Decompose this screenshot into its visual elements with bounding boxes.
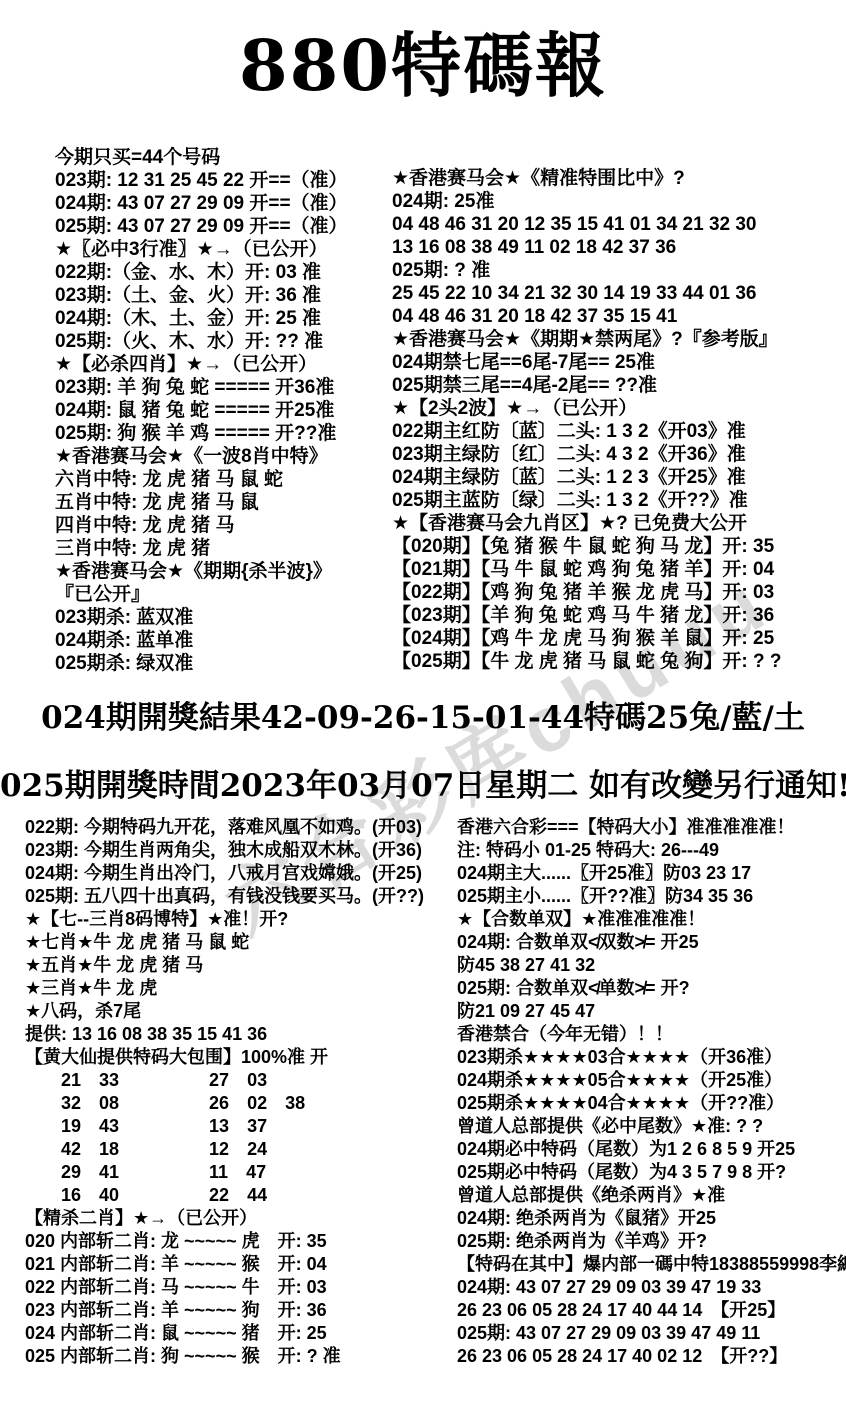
text-line: 【021期】【马 牛 鼠 蛇 鸡 狗 兔 猪 羊】开: 04 <box>392 558 846 581</box>
text-line: 024期必中特码（尾数）为1 2 6 8 5 9 开25 <box>457 1138 846 1161</box>
text-line: ★五肖★牛 龙 虎 猪 马 <box>25 954 457 977</box>
text-line: 025期必中特码（尾数）为4 3 5 7 9 8 开? <box>457 1161 846 1184</box>
text-line: 26 23 06 05 28 24 17 40 02 12 【开??】 <box>457 1345 846 1368</box>
text-line: 025期: 狗 猴 羊 鸡 ===== 开??准 <box>55 422 392 445</box>
text-line: 025期: 五八四十出真码，有钱没钱要买马。(开??) <box>25 885 457 908</box>
text-line: ★香港赛马会★《期期★禁两尾》?『参考版』 <box>392 328 846 351</box>
draw-result-banner: 024期開獎結果42-09-26-15-01-44特碼25兔/藍/土 <box>0 692 846 737</box>
top-left-column: 今期只买=44个号码023期: 12 31 25 45 22 开==（准）024… <box>55 146 392 675</box>
text-line: 42 18 12 24 <box>25 1138 457 1161</box>
text-line: 六肖中特: 龙 虎 猪 马 鼠 蛇 <box>55 468 392 491</box>
text-line: 注: 特码小 01-25 特码大: 26---49 <box>457 839 846 862</box>
text-line: 021 内部斩二肖: 羊 ~~~~~ 猴 开: 04 <box>25 1253 457 1276</box>
text-line: 024期:（木、土、金）开: 25 准 <box>55 307 392 330</box>
text-line: 香港六合彩===【特码大小】准准准准准！ <box>457 816 846 839</box>
text-line: 提供: 13 16 08 38 35 15 41 36 <box>25 1023 457 1046</box>
text-line: 025期主小......〖开??准〗防34 35 36 <box>457 885 846 908</box>
top-right-column: ★香港赛马会★《精准特围比中》?024期: 25准04 48 46 31 20 … <box>392 167 846 673</box>
text-line: 023期: 羊 狗 兔 蛇 ===== 开36准 <box>55 376 392 399</box>
text-line: 025期: ? 准 <box>392 259 846 282</box>
text-line: ★香港赛马会★《一波8肖中特》 <box>55 445 392 468</box>
text-line: 【024期】【鸡 牛 龙 虎 马 狗 猴 羊 鼠】开: 25 <box>392 627 846 650</box>
text-line: ★〖必中3行准〗★→（已公开） <box>55 238 392 261</box>
text-line: ★三肖★牛 龙 虎 <box>25 977 457 1000</box>
bottom-left-column: 022期: 今期特码九开花，落难风凰不如鸡。(开03)023期: 今期生肖两角尖… <box>25 816 457 1368</box>
text-line: 四肖中特: 龙 虎 猪 马 <box>55 514 392 537</box>
text-line: 13 16 08 38 49 11 02 18 42 37 36 <box>392 236 846 259</box>
text-line: 024 内部斩二肖: 鼠 ~~~~~ 猪 开: 25 <box>25 1322 457 1345</box>
text-line: 024期: 合数单双≮双数≯= 开25 <box>457 931 846 954</box>
text-line: 025期主蓝防〔绿〕二头: 1 3 2《开??》准 <box>392 489 846 512</box>
text-line: ★【七--三肖8码博特】★准！开? <box>25 908 457 931</box>
text-line: 【022期】【鸡 狗 兔 猪 羊 猴 龙 虎 马】开: 03 <box>392 581 846 604</box>
text-line: 香港禁合（今年无错）！！ <box>457 1023 846 1046</box>
text-line: 25 45 22 10 34 21 32 30 14 19 33 44 01 3… <box>392 282 846 305</box>
text-line: ★香港赛马会★《精准特围比中》? <box>392 167 846 190</box>
text-line: 025期杀★★★★04合★★★★（开??准） <box>457 1092 846 1115</box>
text-line: 024期杀★★★★05合★★★★（开25准） <box>457 1069 846 1092</box>
text-line: 023期杀★★★★03合★★★★（开36准） <box>457 1046 846 1069</box>
text-line: 29 41 11 47 <box>25 1161 457 1184</box>
text-line: 21 33 27 03 <box>25 1069 457 1092</box>
text-line: 022 内部斩二肖: 马 ~~~~~ 牛 开: 03 <box>25 1276 457 1299</box>
page-title: 880特碼報 <box>0 10 846 111</box>
text-line: ★【必杀四肖】★→（已公开） <box>55 353 392 376</box>
text-line: 024期: 43 07 27 29 09 开==（准） <box>55 192 392 215</box>
text-line: 020 内部斩二肖: 龙 ~~~~~ 虎 开: 35 <box>25 1230 457 1253</box>
text-line: 五肖中特: 龙 虎 猪 马 鼠 <box>55 491 392 514</box>
newspaper-page: 六合彩库chuuu 880特碼報 今期只买=44个号码023期: 12 31 2… <box>0 0 846 1410</box>
text-line: 025期禁三尾==4尾-2尾== ??准 <box>392 374 846 397</box>
text-line: 024期杀: 蓝单准 <box>55 629 392 652</box>
text-line: 【特码在其中】爆内部一碼中特18388559998李總 <box>457 1253 846 1276</box>
text-line: 025期:（火、木、水）开: ?? 准 <box>55 330 392 353</box>
text-line: 023期主绿防〔红〕二头: 4 3 2《开36》准 <box>392 443 846 466</box>
text-line: 32 08 26 02 38 <box>25 1092 457 1115</box>
text-line: 022期:（金、水、木）开: 03 准 <box>55 261 392 284</box>
text-line: 025期: 绝杀两肖为《羊鸡》开? <box>457 1230 846 1253</box>
top-section: 今期只买=44个号码023期: 12 31 25 45 22 开==（准）024… <box>55 146 846 675</box>
text-line: 三肖中特: 龙 虎 猪 <box>55 537 392 560</box>
text-line: ★八码，杀7尾 <box>25 1000 457 1023</box>
text-line: 024期: 今期生肖出冷门，八戒月宫戏嫦娥。(开25) <box>25 862 457 885</box>
text-line: 26 23 06 05 28 24 17 40 44 14 【开25】 <box>457 1299 846 1322</box>
bottom-right-column: 香港六合彩===【特码大小】准准准准准！注: 特码小 01-25 特码大: 26… <box>457 816 846 1368</box>
text-line: 023期:（土、金、火）开: 36 准 <box>55 284 392 307</box>
text-line: 防45 38 27 41 32 <box>457 954 846 977</box>
text-line: 曾道人总部提供《必中尾数》★准: ? ? <box>457 1115 846 1138</box>
text-line: 024期主大......〖开25准〗防03 23 17 <box>457 862 846 885</box>
text-line: ★【2头2波】★→（已公开） <box>392 397 846 420</box>
text-line: 【黄大仙提供特码大包围】100%准 开 <box>25 1046 457 1069</box>
text-line: 024期主绿防〔蓝〕二头: 1 2 3《开25》准 <box>392 466 846 489</box>
text-line: 【020期】【兔 猪 猴 牛 鼠 蛇 狗 马 龙】开: 35 <box>392 535 846 558</box>
text-line: ★香港赛马会★《期期{杀半波}》 <box>55 560 392 583</box>
text-line: ★【香港赛马会九肖区】★? 已免费大公开 <box>392 512 846 535</box>
text-line: 025期杀: 绿双准 <box>55 652 392 675</box>
text-line: 022期主红防〔蓝〕二头: 1 3 2《开03》准 <box>392 420 846 443</box>
text-line: 024期: 鼠 猪 兔 蛇 ===== 开25准 <box>55 399 392 422</box>
text-line: 024期: 25准 <box>392 190 846 213</box>
text-line: ★【合数单双】★准准准准准！ <box>457 908 846 931</box>
text-line: 024期: 43 07 27 29 09 03 39 47 19 33 <box>457 1276 846 1299</box>
next-draw-time-banner: 025期開獎時間2023年03月07日星期二 如有改變另行通知! <box>0 760 846 805</box>
text-line: 『已公开』 <box>55 583 392 606</box>
text-line: 024期: 绝杀两肖为《鼠猪》开25 <box>457 1207 846 1230</box>
text-line: 曾道人总部提供《绝杀两肖》★准 <box>457 1184 846 1207</box>
text-line: 19 43 13 37 <box>25 1115 457 1138</box>
text-line: 022期: 今期特码九开花，落难风凰不如鸡。(开03) <box>25 816 457 839</box>
text-line: 023期: 12 31 25 45 22 开==（准） <box>55 169 392 192</box>
text-line: 04 48 46 31 20 12 35 15 41 01 34 21 32 3… <box>392 213 846 236</box>
text-line: 【精杀二肖】★→（已公开） <box>25 1207 457 1230</box>
text-line: 16 40 22 44 <box>25 1184 457 1207</box>
text-line: 023 内部斩二肖: 羊 ~~~~~ 狗 开: 36 <box>25 1299 457 1322</box>
text-line: 04 48 46 31 20 18 42 37 35 15 41 <box>392 305 846 328</box>
text-line: 025期: 43 07 27 29 09 03 39 47 49 11 <box>457 1322 846 1345</box>
text-line: 025期: 43 07 27 29 09 开==（准） <box>55 215 392 238</box>
text-line: 防21 09 27 45 47 <box>457 1000 846 1023</box>
text-line: 023期: 今期生肖两角尖，独木成船双木林。(开36) <box>25 839 457 862</box>
text-line: 025期: 合数单双≮单数≯= 开? <box>457 977 846 1000</box>
text-line: 【023期】【羊 狗 兔 蛇 鸡 马 牛 猪 龙】开: 36 <box>392 604 846 627</box>
text-line: 024期禁七尾==6尾-7尾== 25准 <box>392 351 846 374</box>
text-line: 【025期】【牛 龙 虎 猪 马 鼠 蛇 兔 狗】开: ? ? <box>392 650 846 673</box>
bottom-section: 022期: 今期特码九开花，落难风凰不如鸡。(开03)023期: 今期生肖两角尖… <box>25 816 846 1368</box>
text-line: 今期只买=44个号码 <box>55 146 392 169</box>
text-line: 025 内部斩二肖: 狗 ~~~~~ 猴 开: ? 准 <box>25 1345 457 1368</box>
text-line: ★七肖★牛 龙 虎 猪 马 鼠 蛇 <box>25 931 457 954</box>
text-line: 023期杀: 蓝双准 <box>55 606 392 629</box>
